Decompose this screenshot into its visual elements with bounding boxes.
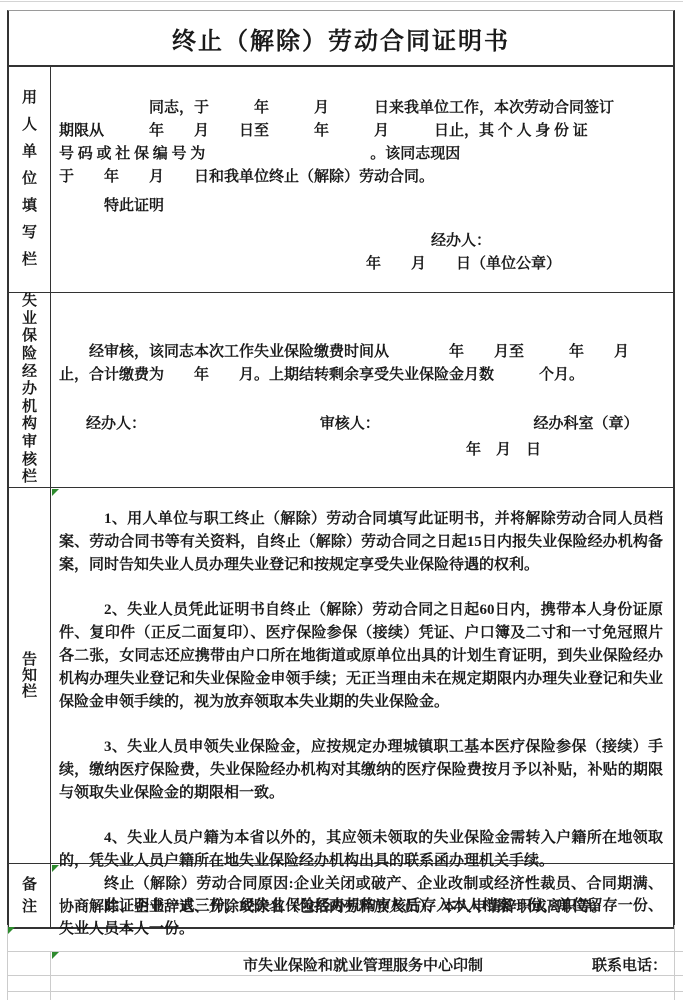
agency-date-line: 年 月 日 (466, 439, 665, 462)
notice-paragraph-1: 1、用人单位与职工终止（解除）劳动合同填写此证明书，并将解除劳动合同人员档案、劳… (59, 508, 663, 577)
employer-section-label: 用人单位填写栏 (21, 85, 38, 274)
employer-line-3: 号 码 或 社 保 编 号 为 。该同志现因 (59, 143, 665, 166)
agency-reviewer-label: 审核人： (320, 416, 380, 432)
spreadsheet-gridline (7, 991, 683, 992)
footer-row: 市失业保险和就业管理服务中心印制 联系电话： (0, 951, 683, 975)
notice-paragraph-2: 2、失业人员凭此证明书自终止（解除）劳动合同之日起60日内，携带本人身份证原件、… (59, 599, 663, 714)
title-box: 终止（解除）劳动合同证明书 (7, 10, 675, 65)
labor-contract-certificate-form: 终止（解除）劳动合同证明书 用人单位填写栏 同志，于 年 月 日来我单位工作，本… (7, 10, 675, 929)
employer-line-1: 同志，于 年 月 日来我单位工作，本次劳动合同签订 (59, 97, 665, 120)
printed-by-text: 市失业保险和就业管理服务中心印制 (243, 954, 483, 975)
agency-section-content: 经审核，该同志本次工作失业保险缴费时间从 年 月至 年 月 止，合计缴费为 年 … (51, 293, 673, 487)
employer-section-row: 用人单位填写栏 同志，于 年 月 日来我单位工作，本次劳动合同签订 期限从 年 … (9, 67, 673, 293)
notice-paragraph-3: 3、失业人员申领失业保险金，应按规定办理城镇职工基本医疗保险参保（接续）手续，缴… (59, 736, 663, 805)
notice-section-label-cell: 告知栏 (9, 488, 51, 863)
agency-section-label-cell: 失业保险经办机构审核栏 (9, 293, 51, 487)
employer-section-label-cell: 用人单位填写栏 (9, 67, 51, 292)
remarks-section-row: 备注 终止（解除）劳动合同原因:企业关闭或破产、企业改制或经济性裁员、合同期满、… (9, 864, 673, 927)
notice-section-label: 告知栏 (21, 652, 38, 700)
notice-section-row: 告知栏 1、用人单位与职工终止（解除）劳动合同填写此证明书，并将解除劳动合同人员… (9, 488, 673, 864)
agency-line-1: 经审核，该同志本次工作失业保险缴费时间从 年 月至 年 月 (59, 341, 665, 364)
agency-line-2: 止，合计缴费为 年 月。上期结转剩余享受失业保险金月数 个月。 (59, 364, 665, 387)
certify-statement: 特此证明 (104, 195, 665, 218)
employer-line-2: 期限从 年 月 日至 年 月 日止，其 个 人 身 份 证 (59, 120, 665, 143)
remarks-section-label-cell: 备注 (9, 864, 51, 927)
employer-date-seal-line: 年 月 日（单位公章） (366, 253, 665, 276)
agency-handler-label: 经办人： (86, 416, 146, 432)
employer-handler-label: 经办人： (431, 230, 665, 253)
contact-phone-label: 联系电话： (592, 954, 667, 975)
agency-office-label: 经办科室（章） (534, 416, 639, 432)
agency-section-label: 失业保险经办机构审核栏 (21, 293, 38, 487)
agency-section-row: 失业保险经办机构审核栏 经审核，该同志本次工作失业保险缴费时间从 年 月至 年 … (9, 293, 673, 488)
remarks-text: 终止（解除）劳动合同原因:企业关闭或破产、企业改制或经济性裁员、合同期满、协商解… (59, 873, 663, 919)
cell-error-marker-icon (8, 927, 15, 934)
cell-error-marker-icon (52, 865, 59, 872)
page-top-hairline (0, 1, 683, 2)
agency-signature-row: 经办人： 审核人： 经办科室（章） (59, 413, 665, 436)
employer-section-content: 同志，于 年 月 日来我单位工作，本次劳动合同签订 期限从 年 月 日至 年 月… (51, 67, 673, 292)
remarks-section-label: 备注 (21, 874, 38, 918)
form-table: 用人单位填写栏 同志，于 年 月 日来我单位工作，本次劳动合同签订 期限从 年 … (7, 65, 675, 929)
employer-line-4: 于 年 月 日和我单位终止（解除）劳动合同。 (59, 166, 665, 189)
cell-error-marker-icon (52, 489, 59, 496)
remarks-section-content: 终止（解除）劳动合同原因:企业关闭或破产、企业改制或经济性裁员、合同期满、协商解… (51, 864, 673, 927)
spreadsheet-gridline (7, 975, 683, 976)
notice-section-content: 1、用人单位与职工终止（解除）劳动合同填写此证明书，并将解除劳动合同人员档案、劳… (51, 488, 673, 863)
page-title: 终止（解除）劳动合同证明书 (172, 21, 510, 56)
